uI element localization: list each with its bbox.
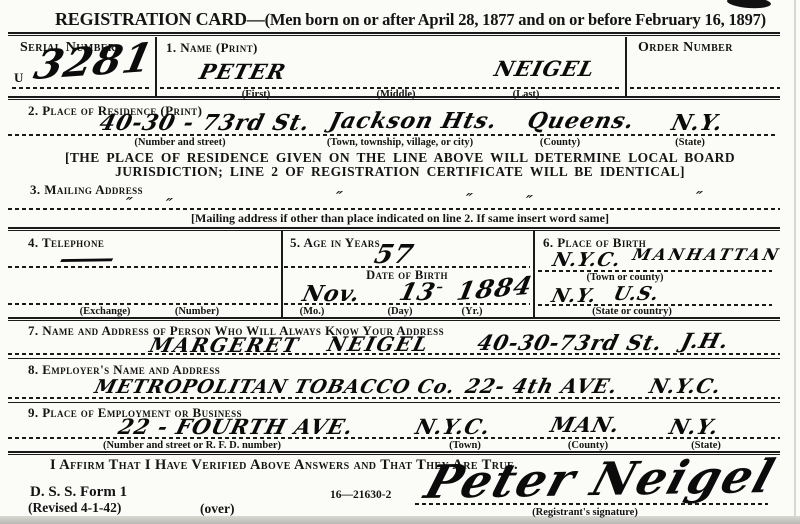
employment-town-caption: (Town) <box>449 440 481 451</box>
residence-city-caption: (Town, township, village, or city) <box>327 137 473 148</box>
divider-name-order <box>625 37 627 96</box>
serial-prefix: U <box>14 70 23 86</box>
employer-address-value: 22- 4th AVE. <box>463 374 621 398</box>
telephone-number-caption: (Number) <box>175 306 219 317</box>
mailing-ditto-mark: ″ <box>693 188 705 206</box>
scan-edge-right <box>794 0 796 516</box>
mailing-writing-line <box>8 208 780 210</box>
divider-tel-age <box>281 231 283 318</box>
mailing-caption: [Mailing address if other than place ind… <box>191 211 609 226</box>
serial-number-value: 3281 <box>30 34 158 89</box>
telephone-line-1 <box>8 266 278 268</box>
residence-street-value: 40-30 - 73rd St. <box>97 110 313 136</box>
print-code: 16—21630-2 <box>330 489 391 501</box>
mailing-ditto-mark: ″ <box>333 188 345 206</box>
employment-street-value: 22 - FOURTH AVE. <box>116 414 357 439</box>
residence-writing-line <box>8 134 778 136</box>
residence-street-caption: (Number and street) <box>134 137 225 148</box>
signature-caption: (Registrant's signature) <box>532 507 638 518</box>
contact-address-value: 40-30-73rd St. <box>475 330 666 355</box>
employment-county-caption: (County) <box>568 440 608 451</box>
registration-card: REGISTRATION CARD—(Men born on or after … <box>0 0 800 524</box>
employment-writing-line <box>8 437 780 439</box>
employer-writing-line <box>8 397 780 399</box>
birth-town2-value: MANHATTAN <box>631 245 784 264</box>
residence-county-caption: (County) <box>540 137 580 148</box>
residence-state-caption: (State) <box>675 137 705 148</box>
order-number-label: Order Number <box>638 40 733 56</box>
dob-year-caption: (Yr.) <box>462 306 483 317</box>
name-label: 1. Name (Print) <box>166 40 258 56</box>
card-title-subtitle: (Men born on or after April 28, 1877 and… <box>265 10 766 29</box>
employment-town-value: N.Y.C. <box>413 414 494 439</box>
mailing-ditto-mark: ″ <box>463 190 475 208</box>
employment-county-value: MAN. <box>548 412 623 437</box>
birth-country-value: U.S. <box>611 283 662 305</box>
dob-day-value: 13– <box>396 277 446 306</box>
dob-line <box>284 303 530 305</box>
rule-under-employer <box>8 402 780 403</box>
mailing-ditto-mark: ″ <box>163 195 175 213</box>
contact-writing-line <box>8 353 780 355</box>
employment-state-value: N.Y. <box>667 414 722 439</box>
over-note: (over) <box>200 501 234 517</box>
telephone-exchange-caption: (Exchange) <box>80 306 131 317</box>
telephone-value: — <box>57 243 120 273</box>
rule-under-row456 <box>8 317 780 321</box>
age-label: 5. Age in Years <box>290 235 380 251</box>
form-revision: (Revised 4-1-42) <box>28 500 121 516</box>
name-first-value: PETER <box>197 59 289 84</box>
employer-city-value: N.Y.C. <box>647 374 724 398</box>
rule-under-mailing <box>8 227 780 231</box>
form-number: D. S. S. Form 1 <box>30 484 127 501</box>
contact-place-value: J.H. <box>679 328 732 353</box>
card-title: REGISTRATION CARD—(Men born on or after … <box>55 9 766 30</box>
birth-town-value: N.Y.C. <box>550 249 623 271</box>
dob-day-caption: (Day) <box>387 306 412 317</box>
card-title-main: REGISTRATION CARD— <box>55 9 265 29</box>
employment-street-caption: (Number and street or R. F. D. number) <box>103 440 281 451</box>
residence-county-value: Queens. <box>525 108 638 134</box>
registrant-signature: Peter Neigel <box>419 449 783 509</box>
residence-state-value: N.Y. <box>669 110 726 136</box>
serial-writing-line <box>12 87 150 89</box>
employer-name-value: METROPOLITAN TOBACCO Co. <box>92 376 457 398</box>
dob-year-value: 1884 <box>454 271 535 306</box>
rule-under-contact <box>8 358 780 359</box>
birth-state-caption: (State or country) <box>592 306 672 317</box>
residence-note-line2: JURISDICTION; LINE 2 OF REGISTRATION CER… <box>115 164 685 180</box>
dob-day-number: 13 <box>396 277 439 306</box>
birth-town-caption: (Town or county) <box>586 272 663 283</box>
order-writing-line <box>630 87 780 89</box>
scan-edge-bottom <box>0 516 800 524</box>
rule-under-row1 <box>8 96 780 100</box>
dob-month-caption: (Mo.) <box>300 306 325 317</box>
divider-serial-name <box>155 37 157 96</box>
dob-day-suffix: – <box>435 280 446 295</box>
name-last-value: NEIGEL <box>492 56 598 81</box>
residence-city-value: Jackson Hts. <box>327 108 500 134</box>
telephone-line-2 <box>8 303 278 305</box>
